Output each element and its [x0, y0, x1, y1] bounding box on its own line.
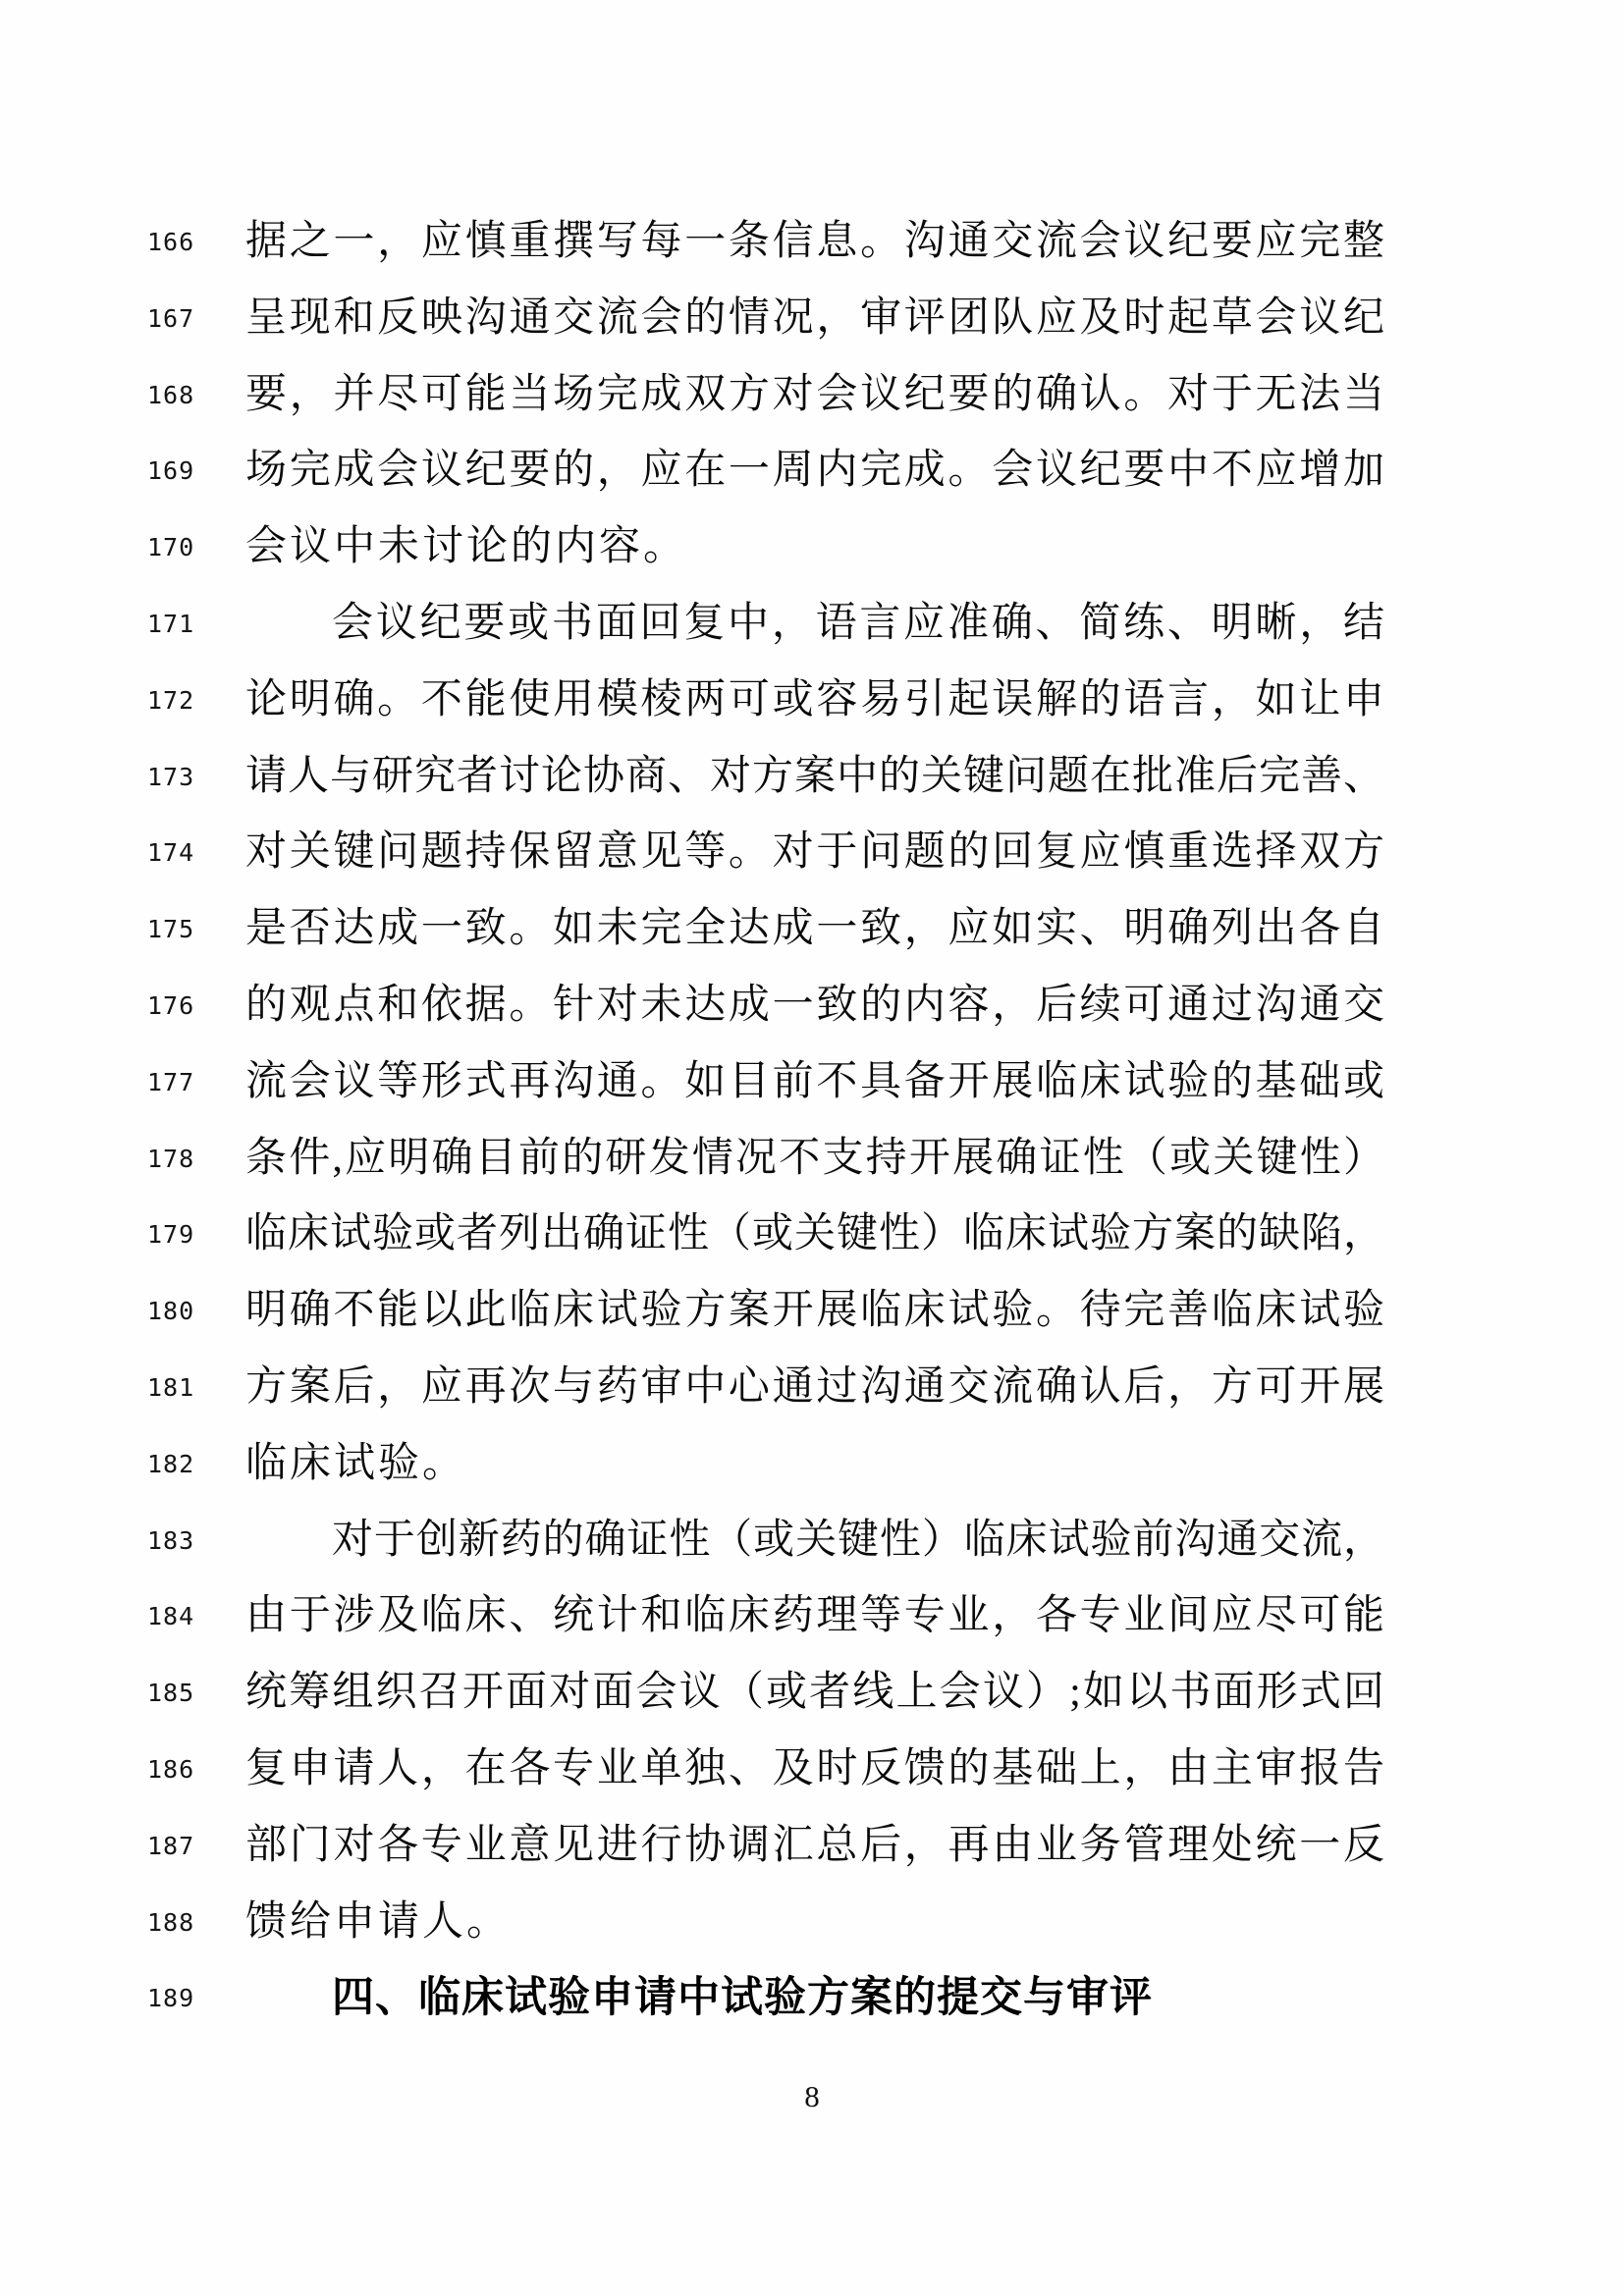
line-text: 统筹组织召开面对面会议（或者线上会议）;如以书面形式回 — [245, 1655, 1384, 1732]
line-text: 场完成会议纪要的，应在一周内完成。会议纪要中不应增加 — [245, 433, 1384, 509]
line-text: 临床试验或者列出确证性（或关键性）临床试验方案的缺陷， — [245, 1197, 1384, 1273]
line-number-label: 170 — [147, 509, 194, 586]
line-number-label: 185 — [147, 1655, 194, 1732]
document-line: 170 会议中未讨论的内容。 — [0, 509, 1624, 586]
document-line: 176 的观点和依据。针对未达成一致的内容，后续可通过沟通交 — [0, 968, 1624, 1044]
document-line: 167 呈现和反映沟通交流会的情况，审评团队应及时起草会议纪 — [0, 281, 1624, 357]
line-text: 论明确。不能使用模棱两可或容易引起误解的语言，如让申 — [245, 663, 1384, 739]
document-line: 187 部门对各专业意见进行协调汇总后，再由业务管理处统一反 — [0, 1808, 1624, 1885]
line-text: 条件,应明确目前的研发情况不支持开展确证性（或关键性） — [245, 1121, 1384, 1198]
line-number-label: 181 — [147, 1350, 194, 1426]
line-text: 对于创新药的确证性（或关键性）临床试验前沟通交流， — [245, 1503, 1384, 1579]
document-line: 179 临床试验或者列出确证性（或关键性）临床试验方案的缺陷， — [0, 1197, 1624, 1273]
line-number-label: 169 — [147, 433, 194, 509]
line-number-label: 183 — [147, 1503, 194, 1579]
line-number-label: 174 — [147, 815, 194, 891]
document-line: 186 复申请人，在各专业单独、及时反馈的基础上，由主审报告 — [0, 1732, 1624, 1808]
document-line: 172 论明确。不能使用模棱两可或容易引起误解的语言，如让申 — [0, 663, 1624, 739]
document-line: 174 对关键问题持保留意见等。对于问题的回复应慎重选择双方 — [0, 815, 1624, 891]
line-text: 方案后，应再次与药审中心通过沟通交流确认后，方可开展 — [245, 1350, 1384, 1426]
line-text: 四、临床试验申请中试验方案的提交与审评 — [245, 1960, 1384, 2037]
line-number-label: 189 — [147, 1960, 194, 2037]
line-number-label: 180 — [147, 1273, 194, 1350]
document-line: 183 对于创新药的确证性（或关键性）临床试验前沟通交流， — [0, 1503, 1624, 1579]
line-number-label: 179 — [147, 1197, 194, 1273]
document-page: 166 据之一，应慎重撰写每一条信息。沟通交流会议纪要应完整 167 呈现和反映… — [0, 0, 1624, 2296]
document-line: 184 由于涉及临床、统计和临床药理等专业，各专业间应尽可能 — [0, 1578, 1624, 1655]
document-line: 175 是否达成一致。如未完全达成一致，应如实、明确列出各自 — [0, 891, 1624, 968]
line-number-label: 168 — [147, 357, 194, 434]
line-number-label: 167 — [147, 281, 194, 357]
line-number-label: 186 — [147, 1732, 194, 1808]
line-number-label: 175 — [147, 891, 194, 968]
line-text: 是否达成一致。如未完全达成一致，应如实、明确列出各自 — [245, 891, 1384, 968]
line-text: 部门对各专业意见进行协调汇总后，再由业务管理处统一反 — [245, 1808, 1384, 1885]
document-line: 177 流会议等形式再沟通。如目前不具备开展临床试验的基础或 — [0, 1044, 1624, 1121]
document-line: 185 统筹组织召开面对面会议（或者线上会议）;如以书面形式回 — [0, 1655, 1624, 1732]
line-text: 据之一，应慎重撰写每一条信息。沟通交流会议纪要应完整 — [245, 204, 1384, 281]
line-number-label: 172 — [147, 663, 194, 739]
document-line: 171 会议纪要或书面回复中，语言应准确、简练、明晰，结 — [0, 586, 1624, 663]
line-text: 会议中未讨论的内容。 — [245, 509, 1384, 586]
document-line: 188 馈给申请人。 — [0, 1885, 1624, 1961]
line-number-label: 176 — [147, 968, 194, 1044]
document-line: 169 场完成会议纪要的，应在一周内完成。会议纪要中不应增加 — [0, 433, 1624, 509]
document-line: 166 据之一，应慎重撰写每一条信息。沟通交流会议纪要应完整 — [0, 204, 1624, 281]
page-number: 8 — [0, 2079, 1624, 2114]
document-line: 182 临床试验。 — [0, 1426, 1624, 1503]
document-line: 180 明确不能以此临床试验方案开展临床试验。待完善临床试验 — [0, 1273, 1624, 1350]
line-text: 要，并尽可能当场完成双方对会议纪要的确认。对于无法当 — [245, 357, 1384, 434]
line-text: 对关键问题持保留意见等。对于问题的回复应慎重选择双方 — [245, 815, 1384, 891]
line-number-label: 173 — [147, 739, 194, 816]
line-number-label: 178 — [147, 1121, 194, 1198]
line-text: 由于涉及临床、统计和临床药理等专业，各专业间应尽可能 — [245, 1578, 1384, 1655]
line-number-label: 182 — [147, 1426, 194, 1503]
line-text: 会议纪要或书面回复中，语言应准确、简练、明晰，结 — [245, 586, 1384, 663]
line-text: 复申请人，在各专业单独、及时反馈的基础上，由主审报告 — [245, 1732, 1384, 1808]
line-text: 馈给申请人。 — [245, 1885, 1384, 1961]
line-text: 明确不能以此临床试验方案开展临床试验。待完善临床试验 — [245, 1273, 1384, 1350]
line-number-label: 177 — [147, 1044, 194, 1121]
document-line: 189 四、临床试验申请中试验方案的提交与审评 — [0, 1960, 1624, 2037]
line-number-label: 188 — [147, 1885, 194, 1961]
document-line: 173 请人与研究者讨论协商、对方案中的关键问题在批准后完善、 — [0, 739, 1624, 816]
document-line: 168 要，并尽可能当场完成双方对会议纪要的确认。对于无法当 — [0, 357, 1624, 434]
document-line: 181 方案后，应再次与药审中心通过沟通交流确认后，方可开展 — [0, 1350, 1624, 1426]
line-list: 166 据之一，应慎重撰写每一条信息。沟通交流会议纪要应完整 167 呈现和反映… — [0, 204, 1624, 2037]
line-number-label: 187 — [147, 1808, 194, 1885]
line-text: 的观点和依据。针对未达成一致的内容，后续可通过沟通交 — [245, 968, 1384, 1044]
line-text: 流会议等形式再沟通。如目前不具备开展临床试验的基础或 — [245, 1044, 1384, 1121]
line-number-label: 184 — [147, 1578, 194, 1655]
line-number-label: 166 — [147, 204, 194, 281]
line-number-label: 171 — [147, 586, 194, 663]
document-line: 178 条件,应明确目前的研发情况不支持开展确证性（或关键性） — [0, 1121, 1624, 1198]
line-text: 请人与研究者讨论协商、对方案中的关键问题在批准后完善、 — [245, 739, 1384, 816]
line-text: 临床试验。 — [245, 1426, 1384, 1503]
line-text: 呈现和反映沟通交流会的情况，审评团队应及时起草会议纪 — [245, 281, 1384, 357]
